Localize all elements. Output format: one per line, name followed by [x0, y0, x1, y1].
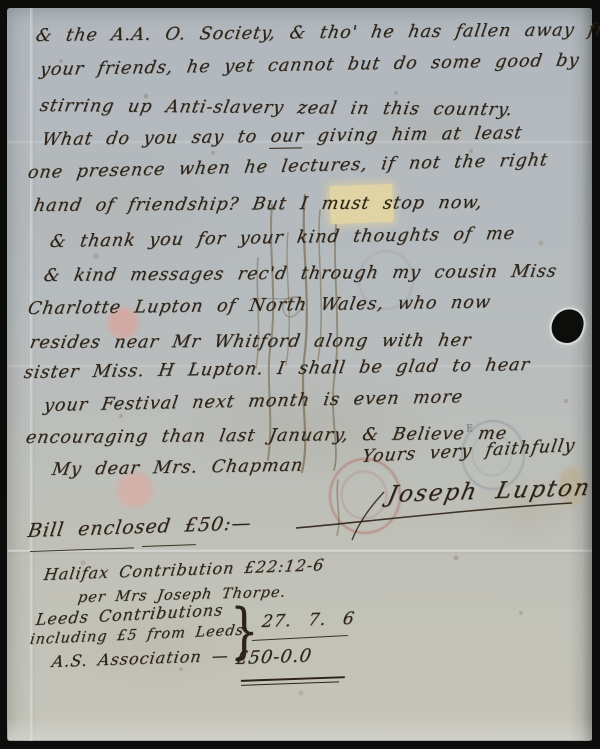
signature: Joseph Lupton — [385, 475, 593, 508]
letter-line-12: your Festival next month is even more — [42, 387, 464, 416]
letter-scan-page: E & the A.A. O. Society, & tho' he has f… — [0, 0, 600, 749]
letter-line-1: & the A.A. O. Society, & tho' he has fal… — [34, 20, 600, 46]
accounts-total: £50-0.0 — [235, 645, 314, 669]
handwriting-layer: & the A.A. O. Society, & tho' he has fal… — [0, 0, 600, 749]
accounts-subtotal: 27. 7. 6 — [261, 609, 357, 632]
letter-line-9: Charlotte Lupton of North Wales, who now — [26, 293, 492, 320]
bill-enclosed-underline — [30, 547, 134, 552]
letter-line-6: hand of friendship? But I must stop now, — [32, 193, 484, 216]
letter-line-11: sister Miss. H Lupton. I shall be glad t… — [22, 355, 531, 383]
halifax-contribution-line: Halifax Contribution £22:12-6 — [43, 555, 326, 584]
letter-line-4-underlined-word: our — [269, 126, 306, 149]
letter-line-4-pre: What do you say to — [40, 127, 272, 150]
letter-line-4: What do you say to our giving him at lea… — [40, 123, 524, 150]
letter-line-14-salutation: My dear Mrs. Chapman — [50, 456, 304, 480]
letter-line-5: one presence when he lectures, if not th… — [26, 150, 549, 183]
letter-line-2: your friends, he yet cannot but do some … — [38, 51, 581, 80]
letter-line-4-post: giving him at least — [302, 123, 524, 146]
letter-line-3: stirring up Anti-slavery zeal in this co… — [38, 96, 515, 120]
letter-line-8: & kind messages rec'd through my cousin … — [42, 262, 558, 287]
accounts-sum-rule — [252, 635, 348, 641]
total-underline-bottom — [241, 681, 339, 686]
letter-line-10: resides near Mr Whitford along with her — [28, 331, 473, 353]
bill-enclosed-line: Bill enclosed £50:— — [26, 512, 253, 542]
bill-enclosed-text: Bill enclosed — [26, 514, 186, 542]
accounts-total-double-underline — [241, 676, 345, 689]
as-association-line: A.S. Association — — [51, 646, 231, 671]
letter-line-7: & thank you for your kind thoughts of me — [48, 224, 516, 252]
bill-enclosed-amount: £50:— — [183, 512, 253, 536]
bill-amount-underline — [142, 544, 196, 547]
